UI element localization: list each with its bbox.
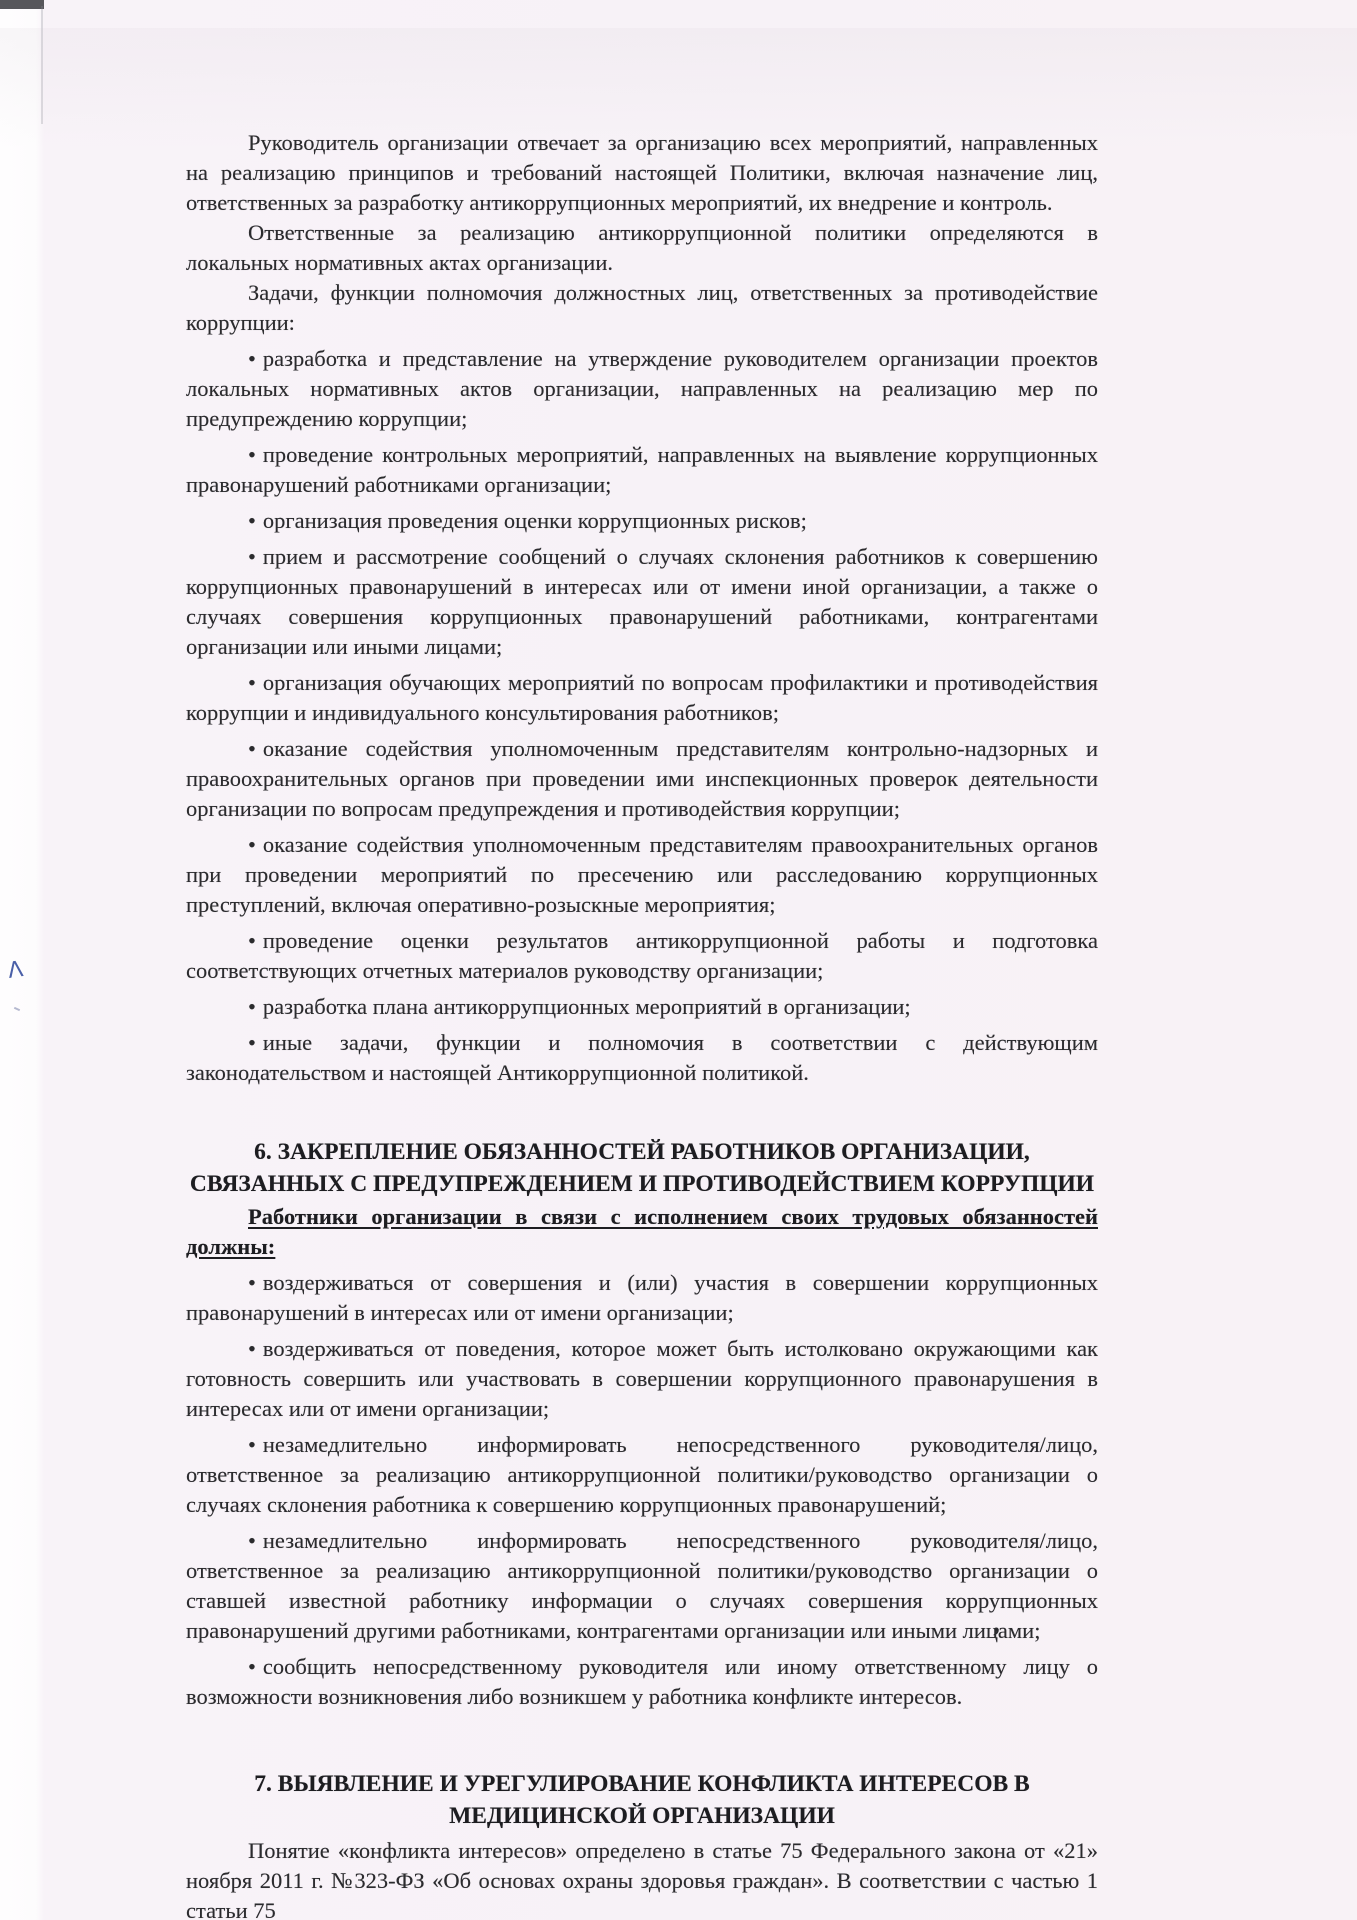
list-item: •оказание содействия уполномоченным пред… xyxy=(186,830,1098,920)
list-item-text: организация проведения оценки коррупцион… xyxy=(263,508,807,533)
list-item-text: незамедлительно информировать непосредст… xyxy=(186,1528,1098,1643)
bullet-icon: • xyxy=(248,832,256,857)
list-item-text: воздерживаться от поведения, которое мож… xyxy=(186,1336,1098,1421)
section-6-lead-sentence: Работники организации в связи с исполнен… xyxy=(186,1202,1098,1262)
list-item-text: проведение оценки результатов антикорруп… xyxy=(186,928,1098,983)
list-item: •сообщить непосредственному руководителя… xyxy=(186,1652,1098,1712)
bullet-icon: • xyxy=(248,928,256,953)
paragraph-responsible-persons: Ответственные за реализацию антикоррупци… xyxy=(186,218,1098,278)
paragraph-tasks-intro: Задачи, функции полномочия должностных л… xyxy=(186,278,1098,338)
list-item-text: воздерживаться от совершения и (или) уча… xyxy=(186,1270,1098,1325)
list-item-text: проведение контрольных мероприятий, напр… xyxy=(186,442,1098,497)
bullet-icon: • xyxy=(248,346,256,371)
list-item: •воздерживаться от поведения, которое мо… xyxy=(186,1334,1098,1424)
list-item-text: иные задачи, функции и полномочия в соот… xyxy=(186,1030,1098,1085)
list-item: •иные задачи, функции и полномочия в соо… xyxy=(186,1028,1098,1088)
scanner-edge-artifact xyxy=(0,0,44,9)
bullet-icon: • xyxy=(248,1336,256,1361)
scanned-document-page: Λ ’ Руководитель организации отвечает за… xyxy=(0,0,1357,1920)
list-item-text: разработка плана антикоррупционных мероп… xyxy=(263,994,911,1019)
paragraph-director-responsibility: Руководитель организации отвечает за орг… xyxy=(186,128,1098,218)
list-item-text: незамедлительно информировать непосредст… xyxy=(186,1432,1098,1517)
bullet-icon: • xyxy=(248,1654,256,1679)
bullet-icon: • xyxy=(248,442,256,467)
document-body: Руководитель организации отвечает за орг… xyxy=(186,128,1098,1920)
list-item: •прием и рассмотрение сообщений о случая… xyxy=(186,542,1098,662)
bullet-icon: • xyxy=(248,1030,256,1055)
bullet-icon: • xyxy=(248,736,256,761)
pen-tick-mark xyxy=(14,1007,20,1011)
section-7-heading: 7. ВЫЯВЛЕНИЕ И УРЕГУЛИРОВАНИЕ КОНФЛИКТА … xyxy=(186,1768,1098,1832)
list-item-text: оказание содействия уполномоченным предс… xyxy=(186,736,1098,821)
list-item: •незамедлительно информировать непосредс… xyxy=(186,1430,1098,1520)
handwritten-pen-mark: Λ xyxy=(6,957,24,984)
list-item-text: организация обучающих мероприятий по воп… xyxy=(186,670,1098,725)
list-item-text: сообщить непосредственному руководителя … xyxy=(186,1654,1098,1709)
paragraph-conflict-of-interest: Понятие «конфликта интересов» определено… xyxy=(186,1836,1098,1920)
bullet-icon: • xyxy=(248,994,256,1019)
list-item: •разработка плана антикоррупционных меро… xyxy=(186,992,1098,1022)
section-6-heading: 6. ЗАКРЕПЛЕНИЕ ОБЯЗАННОСТЕЙ РАБОТНИКОВ О… xyxy=(186,1136,1098,1200)
list-item-text: прием и рассмотрение сообщений о случаях… xyxy=(186,544,1098,659)
list-item-text: оказание содействия уполномоченным предс… xyxy=(186,832,1098,917)
list-item: •организация обучающих мероприятий по во… xyxy=(186,668,1098,728)
list-item: •организация проведения оценки коррупцио… xyxy=(186,506,1098,536)
list-item-text: разработка и представление на утверждени… xyxy=(186,346,1098,431)
list-item: •проведение контрольных мероприятий, нап… xyxy=(186,440,1098,500)
list-item: •воздерживаться от совершения и (или) уч… xyxy=(186,1268,1098,1328)
scanner-edge-line xyxy=(41,6,43,124)
bullet-icon: • xyxy=(248,508,256,533)
bullet-icon: • xyxy=(248,1270,256,1295)
bullet-icon: • xyxy=(248,1528,256,1553)
list-item: •оказание содействия уполномоченным пред… xyxy=(186,734,1098,824)
bullet-icon: • xyxy=(248,544,256,569)
bullet-icon: • xyxy=(248,1432,256,1457)
list-item: •разработка и представление на утвержден… xyxy=(186,344,1098,434)
list-item: •незамедлительно информировать непосредс… xyxy=(186,1526,1098,1646)
list-item: •проведение оценки результатов антикорру… xyxy=(186,926,1098,986)
bullet-icon: • xyxy=(248,670,256,695)
